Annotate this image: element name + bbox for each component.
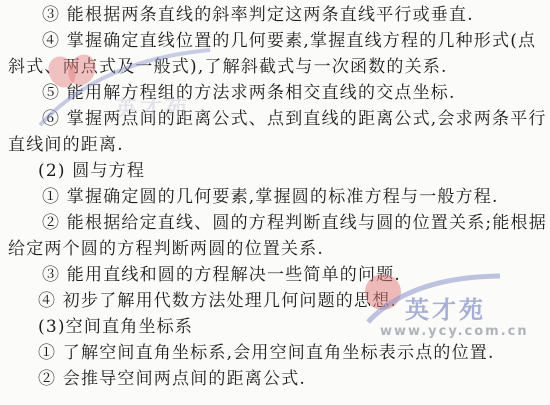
text-line: ③ 能根据两条直线的斜率判定这两条直线平行或垂直. — [42, 4, 474, 26]
section-heading: (2) 圆与方程 — [38, 160, 145, 182]
text-line: 给定两个圆的方程判断两圆的位置关系. — [8, 238, 324, 260]
text-line: ② 能根据给定直线、圆的方程判断直线与圆的位置关系;能根据 — [42, 212, 547, 234]
text-line: ② 会推导空间两点间的距离公式. — [38, 368, 306, 390]
text-line: ④ 掌握确定直线位置的几何要素,掌握直线方程的几种形式(点 — [42, 30, 536, 52]
section-heading: (3)空间直角坐标系 — [38, 316, 193, 338]
text-line: ① 了解空间直角坐标系,会用空间直角坐标表示点的位置. — [38, 342, 495, 364]
text-line: 直线间的距离. — [8, 134, 124, 156]
text-line: ③ 能用直线和圆的方程解决一些简单的问题. — [42, 264, 401, 286]
text-line: ⑥ 掌握两点间的距离公式、点到直线的距离公式,会求两条平行 — [42, 108, 547, 130]
text-line: ⑤ 能用解方程组的方法求两条相交直线的交点坐标. — [42, 82, 456, 104]
text-line: ④ 初步了解用代数方法处理几何问题的思想. — [38, 290, 397, 312]
text-line: ① 掌握确定圆的几何要素,掌握圆的标准方程与一般方程. — [42, 186, 499, 208]
document-page: ③ 能根据两条直线的斜率判定这两条直线平行或垂直. ④ 掌握确定直线位置的几何要… — [0, 0, 550, 405]
text-line: 斜式、两点式及一般式),了解斜截式与一次函数的关系. — [8, 56, 448, 78]
